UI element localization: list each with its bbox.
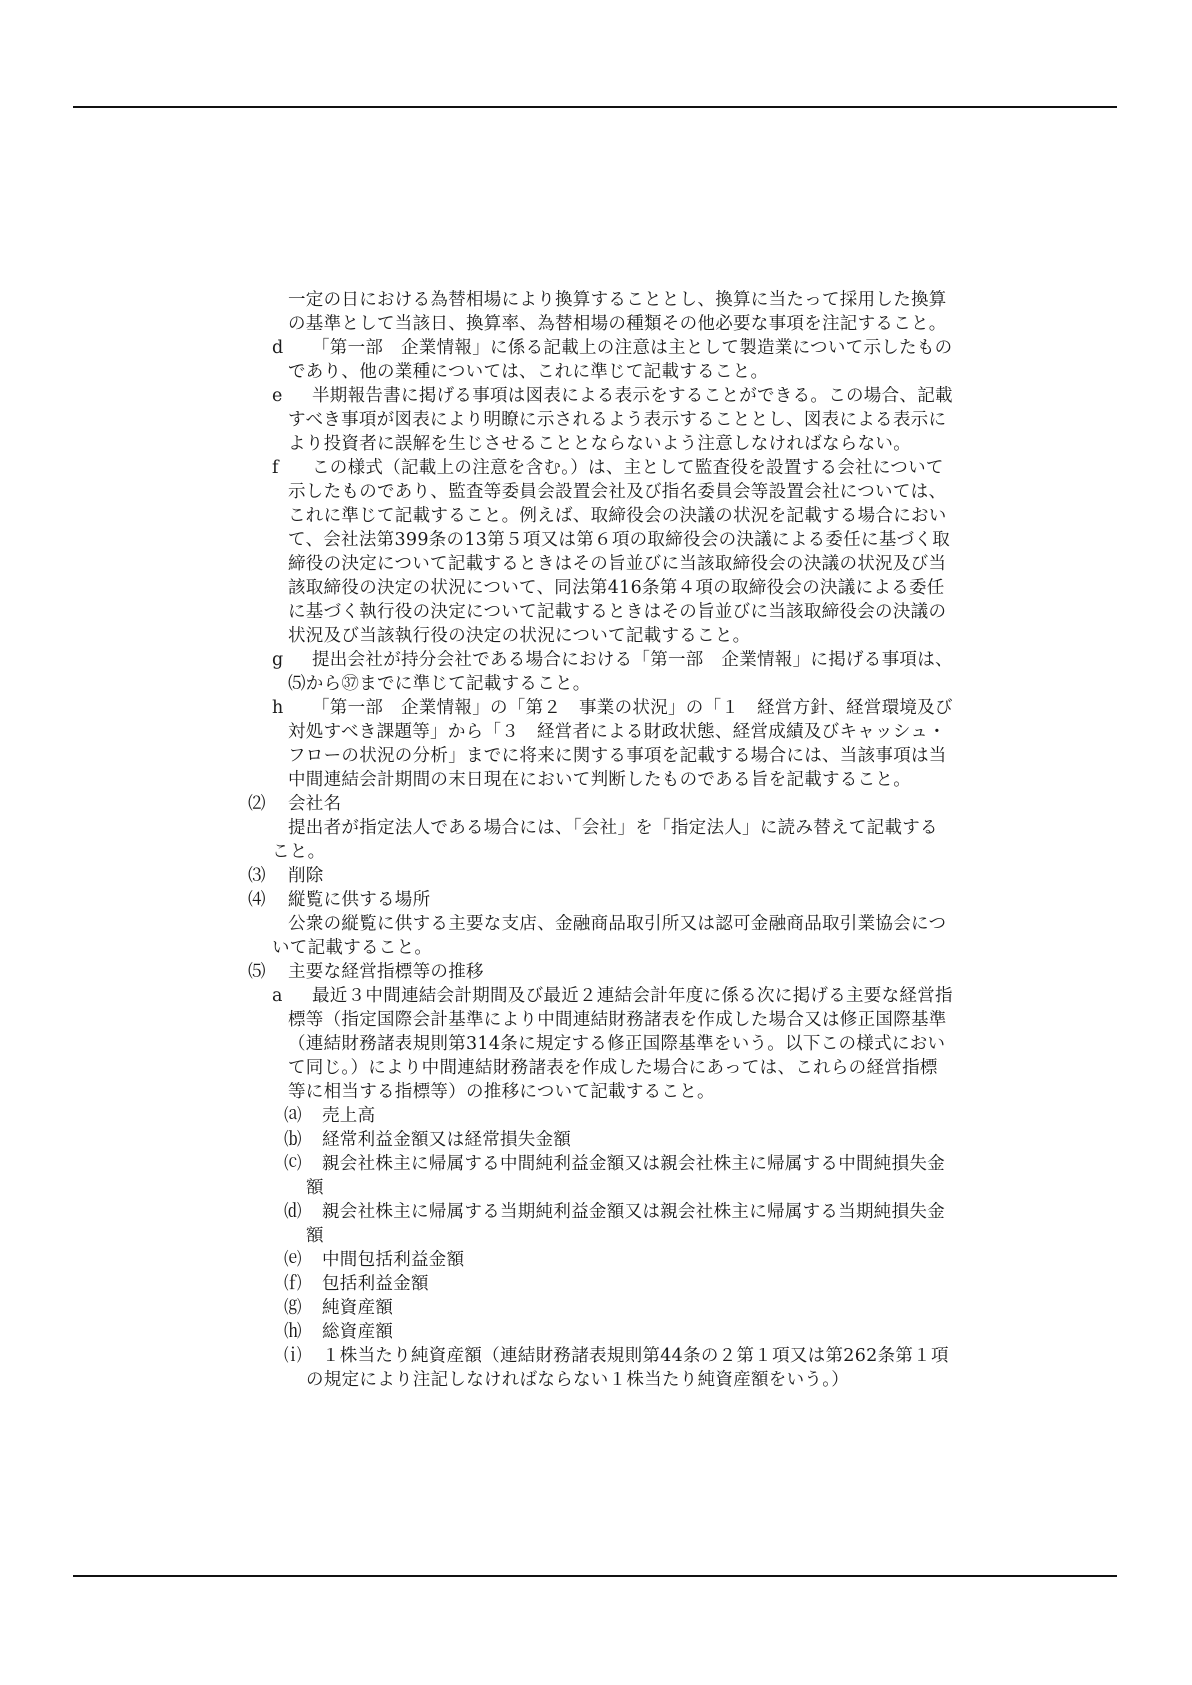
section-number: ⑵ <box>248 792 266 816</box>
sub-item-label: ⒣ <box>284 1320 302 1344</box>
item-text-line: 示したものであり、監査等委員会設置会社及び指名委員会等設置会社については、 <box>288 480 946 504</box>
section-text-line: 公衆の縦覧に供する主要な支店、金融商品取引所又は認可金融商品取引業協会につ <box>288 912 946 936</box>
sub-item-label: ⒟ <box>284 1200 302 1224</box>
item-label: g <box>272 648 283 672</box>
section-title: 主要な経営指標等の推移 <box>288 960 484 984</box>
section-text-line: いて記載すること。 <box>272 936 432 960</box>
item-text-line: であり、他の業種については、これに準じて記載すること。 <box>288 360 768 384</box>
item-text-line: ⑸から㊲までに準じて記載すること。 <box>288 672 591 696</box>
item-text-line: 締役の決定について記載するときはその旨並びに当該取締役会の決議の状況及び当 <box>288 552 946 576</box>
item-text-line: 対処すべき課題等」から「３ 経営者による財政状態、経営成績及びキャッシュ・ <box>288 720 946 744</box>
footer-rule <box>73 1575 1117 1577</box>
sub-item-text-line: 額 <box>306 1176 324 1200</box>
section-title: 削除 <box>288 864 324 888</box>
sub-item-text-line: 額 <box>306 1224 324 1248</box>
sub-item-text-line: 中間包括利益金額 <box>322 1248 464 1272</box>
section-title: 縦覧に供する場所 <box>288 888 430 912</box>
sub-item-label: ⒡ <box>284 1272 302 1296</box>
item-label: e <box>272 384 282 408</box>
sub-item-text-line: １株当たり純資産額（連結財務諸表規則第44条の２第１項又は第262条第１項 <box>322 1344 949 1368</box>
sub-item-label: ⒝ <box>284 1128 302 1152</box>
sub-item-text-line: 総資産額 <box>322 1320 393 1344</box>
item-text-line: 該取締役の決定の状況について、同法第416条第４項の取締役会の決議による委任 <box>288 576 945 600</box>
item-text-line: （連結財務諸表規則第314条に規定する修正国際基準をいう。以下この様式におい <box>288 1032 945 1056</box>
item-text-line: 標等（指定国際会計基準により中間連結財務諸表を作成した場合又は修正国際基準 <box>288 1008 947 1032</box>
item-text-line: て同じ。）により中間連結財務諸表を作成した場合にあっては、これらの経営指標 <box>288 1056 938 1080</box>
section-number: ⑶ <box>248 864 266 888</box>
item-text-line: この様式（記載上の注意を含む。）は、主として監査役を設置する会社について <box>312 456 944 480</box>
header-rule <box>73 106 1117 108</box>
item-text-line: 提出会社が持分会社である場合における「第一部 企業情報」に掲げる事項は、 <box>312 648 953 672</box>
sub-item-label: ⒢ <box>284 1296 302 1320</box>
sub-item-text-line: 経常利益金額又は経常損失金額 <box>322 1128 571 1152</box>
sub-item-label: ⒤ <box>284 1344 302 1368</box>
sub-item-text-line: 包括利益金額 <box>322 1272 429 1296</box>
item-text-line: フローの状況の分析」までに将来に関する事項を記載する場合には、当該事項は当 <box>288 744 947 768</box>
item-text-line: より投資者に誤解を生じさせることとならないよう注意しなければならない。 <box>288 432 911 456</box>
item-text-line: 「第一部 企業情報」に係る記載上の注意は主として製造業について示したもの <box>312 336 952 360</box>
item-text-line: これに準じて記載すること。例えば、取締役会の決議の状況を記載する場合におい <box>288 504 947 528</box>
item-text-line: 「第一部 企業情報」の「第２ 事業の状況」の「１ 経営方針、経営環境及び <box>312 696 953 720</box>
item-text-line: て、会社法第399条の13第５項又は第６項の取締役会の決議による委任に基づく取 <box>288 528 950 552</box>
section-title: 会社名 <box>288 792 341 816</box>
item-text-line: すべき事項が図表により明瞭に示されるよう表示することとし、図表による表示に <box>288 408 946 432</box>
paragraph-line: の基準として当該日、換算率、為替相場の種類その他必要な事項を注記すること。 <box>288 312 947 336</box>
sub-item-text-line: 親会社株主に帰属する当期純利益金額又は親会社株主に帰属する当期純損失金 <box>322 1200 945 1224</box>
item-text-line: 半期報告書に掲げる事項は図表による表示をすることができる。この場合、記載 <box>312 384 953 408</box>
sub-item-text-line: 親会社株主に帰属する中間純利益金額又は親会社株主に帰属する中間純損失金 <box>322 1152 945 1176</box>
item-label: f <box>272 456 278 480</box>
item-text-line: 状況及び当該執行役の決定の状況について記載すること。 <box>288 624 750 648</box>
item-text-line: 中間連結会計期間の末日現在において判断したものである旨を記載すること。 <box>288 768 911 792</box>
section-text-line: 提出者が指定法人である場合には、「会社」を「指定法人」に読み替えて記載する <box>288 816 938 840</box>
section-number: ⑸ <box>248 960 266 984</box>
sub-item-label: ⒞ <box>284 1152 302 1176</box>
item-text-line: に基づく執行役の決定について記載するときはその旨並びに当該取締役会の決議の <box>288 600 946 624</box>
sub-item-label: ⒜ <box>284 1104 302 1128</box>
section-text-line: こと。 <box>272 840 325 864</box>
item-label: h <box>272 696 283 720</box>
sub-item-label: ⒠ <box>284 1248 302 1272</box>
section-number: ⑷ <box>248 888 266 912</box>
item-text-line: 等に相当する指標等）の推移について記載すること。 <box>288 1080 715 1104</box>
item-label: d <box>272 336 283 360</box>
item-label: a <box>272 984 282 1008</box>
sub-item-text-line: の規定により注記しなければならない１株当たり純資産額をいう。） <box>306 1368 849 1392</box>
sub-item-text-line: 売上高 <box>322 1104 375 1128</box>
item-text-line: 最近３中間連結会計期間及び最近２連結会計年度に係る次に掲げる主要な経営指 <box>312 984 953 1008</box>
sub-item-text-line: 純資産額 <box>322 1296 393 1320</box>
paragraph-line: 一定の日における為替相場により換算することとし、換算に当たって採用した換算 <box>288 288 947 312</box>
